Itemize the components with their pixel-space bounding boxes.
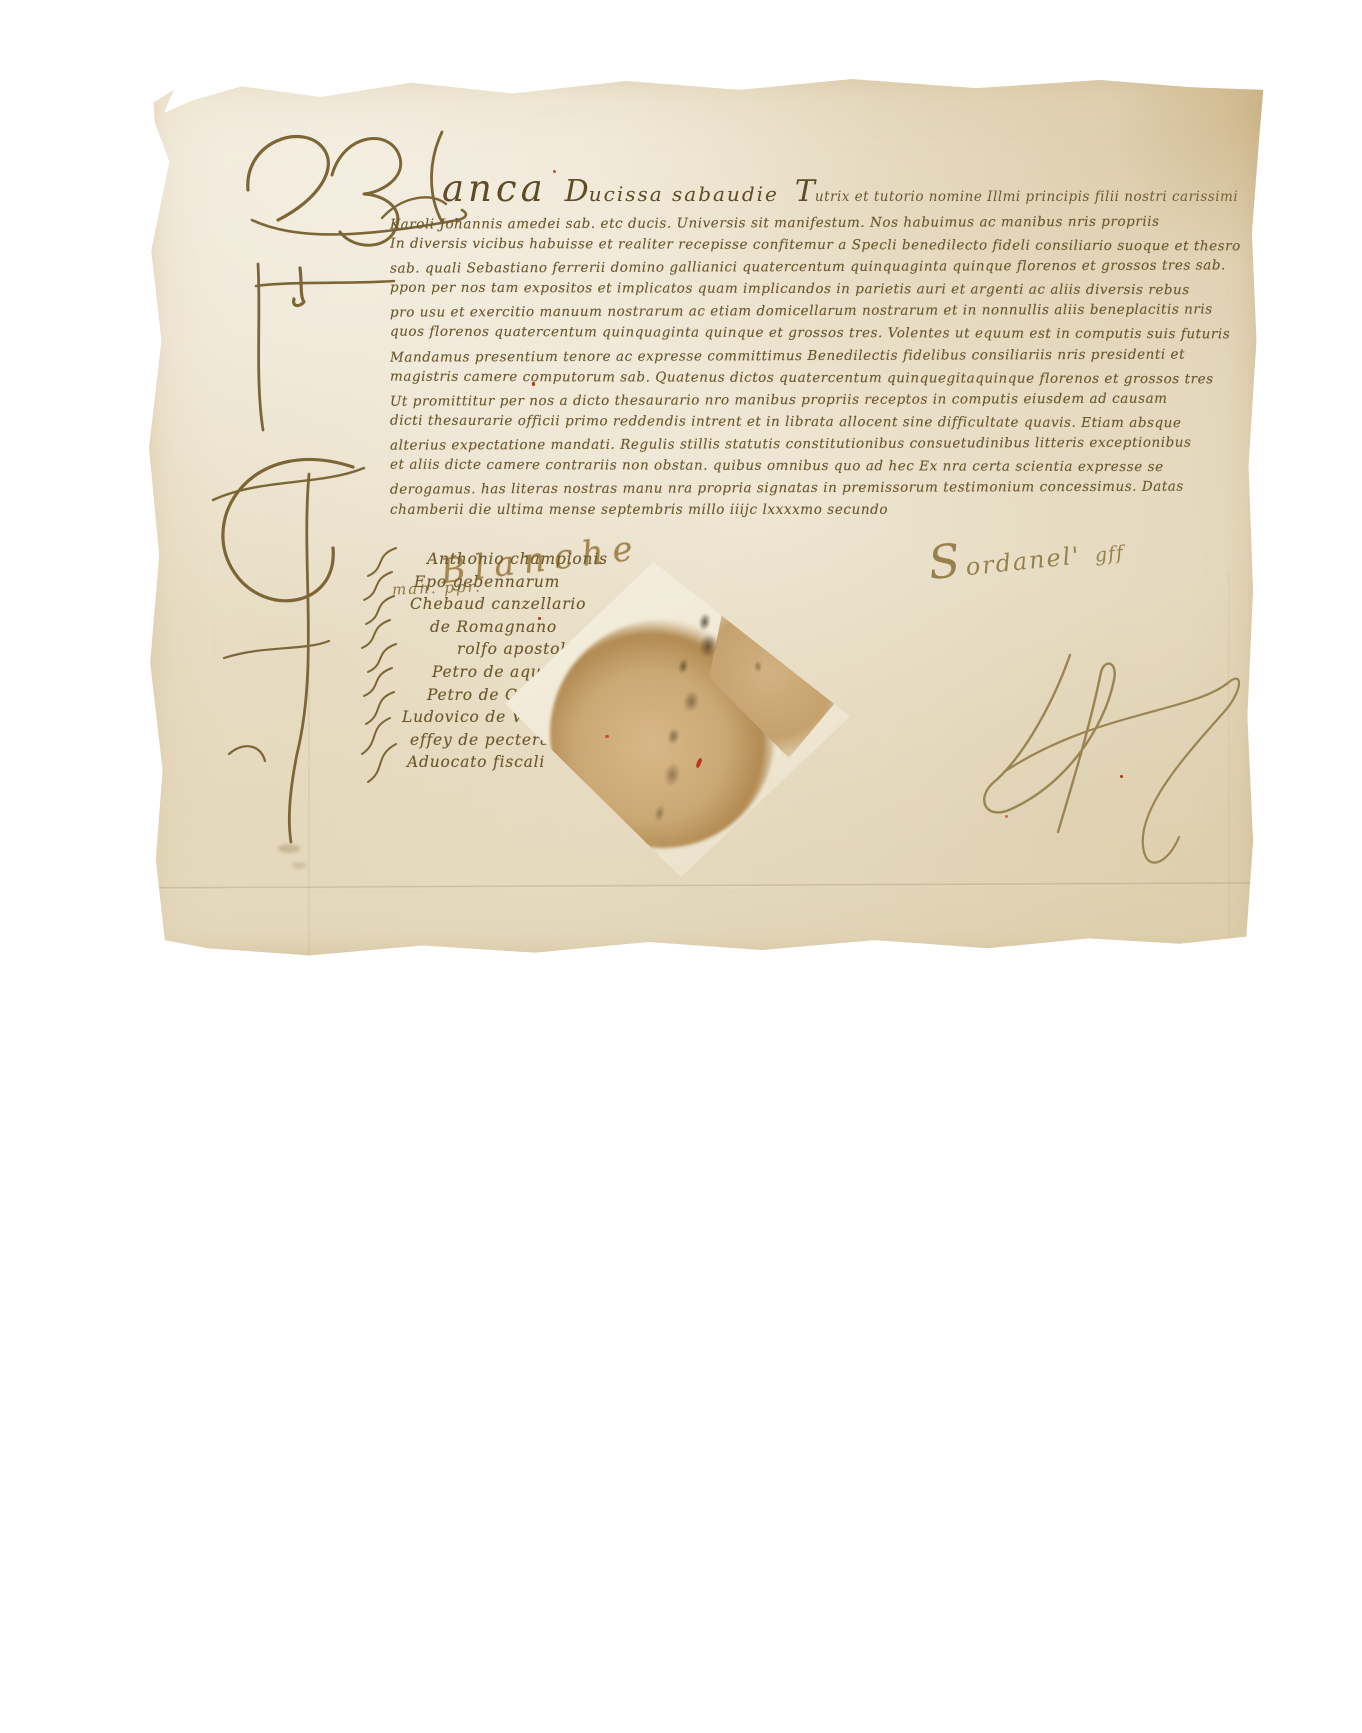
body-line: et aliis dicte camere contrariis non obs… (390, 457, 1248, 482)
vertical-fold-crease-right (1228, 572, 1230, 992)
signature-sordanel-name: ordanel' (964, 541, 1082, 581)
heading-d-initial: D (565, 177, 589, 207)
archival-number-value: 23 (242, 222, 255, 233)
body-line: Ut promittitur per nos a dicto thesaurar… (390, 390, 1248, 415)
signature-sordanel-suffix: gff (1094, 542, 1125, 567)
red-speck (1120, 775, 1123, 778)
body-line: dicti thesaurarie officii primo reddendi… (390, 412, 1248, 437)
red-speck (553, 170, 556, 173)
witness-name: Anthonio championis (427, 550, 608, 573)
red-speck (1005, 815, 1008, 818)
witness-name: Chebaud canzellario (410, 595, 608, 618)
heading-mid-text: ucissa sabaudie (589, 184, 779, 204)
ink-smudge-small (292, 862, 306, 869)
witness-name: Epo gebennarum (414, 573, 608, 596)
corner-stain (1100, 72, 1270, 282)
red-speck (532, 382, 535, 386)
witness-initials-flourish (352, 542, 404, 787)
seal-dark-speckles-upper (740, 614, 800, 684)
red-speck (538, 617, 541, 620)
body-line: magistris camere computorum sab. Quatenu… (390, 368, 1248, 393)
vertical-fold-crease-left (308, 630, 310, 965)
signature-sordanel: S ordanel' gff (926, 520, 1125, 586)
body-line: alterius expectatione mandati. Regulis s… (390, 434, 1248, 459)
body-line: Mandamus presentium tenore ac expresse c… (390, 346, 1248, 371)
body-line: quos florenos quatercentum quinquaginta … (390, 324, 1248, 349)
heading-large-text: anca (442, 170, 547, 207)
manuscript-photo: 23 anca D ucissa sabaudie T utrix et tut… (0, 0, 1362, 1733)
margin-cross-mark (248, 258, 403, 438)
body-line: derogamus. has literas nostras manu nra … (390, 478, 1248, 503)
date-line: chamberii die ultima mense septembris mi… (390, 502, 888, 518)
ink-smudge (278, 844, 300, 853)
parchment-sheet: 23 anca D ucissa sabaudie T utrix et tut… (140, 72, 1270, 967)
heading-t-initial: T (795, 177, 815, 207)
sordanel-flourish (972, 650, 1262, 905)
red-speck (605, 735, 609, 738)
signature-sordanel-initial: S (926, 533, 963, 590)
